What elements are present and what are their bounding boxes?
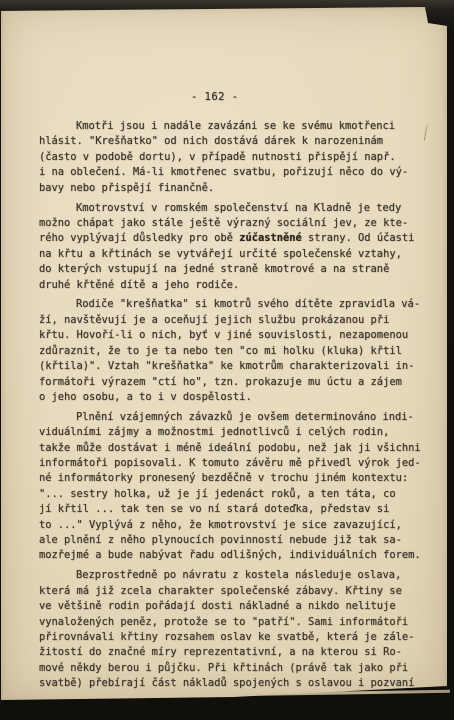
text-line: i na oblečení. Má-li kmotřenec svatbu, p… (39, 165, 425, 180)
text-line: to ..." Vyplývá z něho, že kmotrovství j… (39, 518, 425, 533)
text-line: která má již zcela charakter společenské… (39, 584, 425, 599)
text-line: Kmotrovství v romském společenství na Kl… (39, 201, 425, 216)
paragraph-1: Kmotři jsou i nadále zavázáni se ke svém… (39, 119, 425, 196)
text-line: o jeho osobu, a to i v dospělosti. (39, 390, 425, 405)
text-line: žitostí do značné míry reprezentativní, … (39, 645, 425, 660)
text-line: (křtila)". Vztah "krešňatka" ke kmotrům … (39, 359, 425, 374)
text-line: jí křtil ... tak ten se vo ní stará dote… (39, 502, 425, 517)
text-line: "... sestry holka, už je jí jedenáct rok… (39, 487, 425, 502)
scan-background: - 162 - Kmotři jsou i nadále zavázáni se… (0, 0, 454, 720)
text-line: Kmotři jsou i nadále zavázáni se ke svém… (39, 119, 425, 134)
text-line: viduálními zájmy a možnostmi jednotlivců… (39, 425, 425, 440)
paragraph-4: Plnění vzájemných závazků je ovšem deter… (39, 410, 425, 564)
text-line: do kterých vstupují na jedné straně kmot… (39, 262, 425, 277)
text-line: formátoři výrazem "ctí ho", tzn. prokazu… (39, 375, 425, 390)
text-line: možno chápat jako stále ještě výrazný so… (39, 216, 425, 231)
book-page: - 162 - Kmotři jsou i nadále zavázáni se… (1, 7, 447, 702)
text-line: ve většině rodin pořádají dosti nákladné… (39, 599, 425, 614)
text-line-with-emphasis: rého vyplývají důsledky pro obě zúčastně… (39, 231, 425, 246)
paragraph-3: Rodiče "krešňatka" si kmotrů svého dítět… (39, 297, 425, 405)
text-line: né informátorky pronesený bezděčně v tro… (39, 471, 425, 486)
text-line: vynaložených peněz, protože se to "patří… (39, 615, 425, 630)
page-number: - 162 - (191, 91, 238, 103)
text-line: křtu. Hovoří-li o nich, byť v jiné souvi… (39, 328, 425, 343)
text-line: (často v podobě dortu), v případě nutnos… (39, 150, 425, 165)
text-line: zdůraznit, že to je ta nebo ten "co mi h… (39, 344, 425, 359)
text-line: Bezprostředně po návratu z kostela násle… (39, 568, 425, 583)
page-text: Kmotři jsou i nadále zavázáni se ke svém… (39, 119, 425, 692)
text-segment: strany. Od účasti (302, 232, 415, 244)
text-line: takže může dostávat i méně ideální podob… (39, 441, 425, 456)
text-line: ží, navštěvují je a oceňují jejich služb… (39, 313, 425, 328)
paragraph-2: Kmotrovství v romském společenství na Kl… (39, 201, 425, 293)
text-line: Plnění vzájemných závazků je ovšem deter… (39, 410, 425, 425)
text-line: ale plnění z něho plynoucích povinností … (39, 533, 425, 548)
text-line: hlásit. "Krešňatko" od nich dostává dáre… (39, 134, 425, 149)
text-line: svatbě) přebírají část nákladů spojených… (39, 676, 425, 691)
paragraph-5: Bezprostředně po návratu z kostela násle… (39, 568, 425, 691)
text-line: mové někdy berou i půjčku. Při křtinách … (39, 661, 425, 676)
text-line: informátoři popisovali. K tomuto závěru … (39, 456, 425, 471)
emphasized-word: zúčastněné (239, 232, 302, 244)
text-line: druhé křtěné dítě a jeho rodiče. (39, 278, 425, 293)
text-segment: rého vyplývají důsledky pro obě (39, 232, 239, 244)
text-line: na křtu a křtinách se vytvářejí určité s… (39, 247, 425, 262)
text-line: mozřejmé a bude nabývat řadu odlišných, … (39, 548, 425, 563)
text-line: Rodiče "krešňatka" si kmotrů svého dítět… (39, 297, 425, 312)
text-line: bavy nebo přispějí finančně. (39, 181, 425, 196)
text-line: přirovnávali křtiny rozsahem oslav ke sv… (39, 630, 425, 645)
